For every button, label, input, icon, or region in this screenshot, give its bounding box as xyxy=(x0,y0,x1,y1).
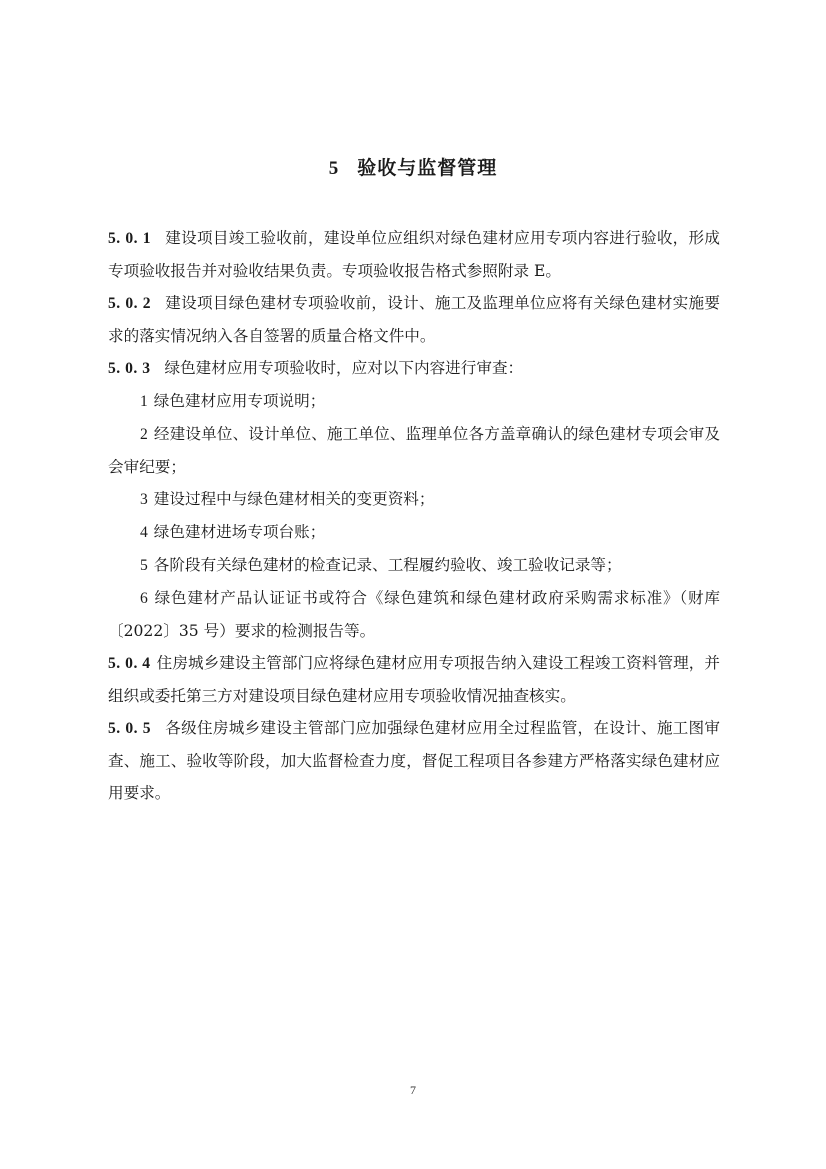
clause-number: 5. 0. 3 xyxy=(108,360,150,377)
item-number: 2 xyxy=(140,426,148,443)
clause-number: 5. 0. 1 xyxy=(108,230,151,247)
clause-5-0-3: 5. 0. 3绿色建材应用专项验收时，应对以下内容进行审查： xyxy=(108,352,720,385)
chapter-body: 5. 0. 1建设项目竣工验收前，建设单位应组织对绿色建材应用专项内容进行验收，… xyxy=(108,222,720,809)
item-text: 绿色建材应用专项说明； xyxy=(154,392,326,410)
item-text: 各阶段有关绿色建材的检查记录、工程履约验收、竣工验收记录等； xyxy=(154,556,622,574)
item-text: 经建设单位、设计单位、施工单位、监理单位各方盖章确认的绿色建材专项会审及会审纪要… xyxy=(108,425,720,476)
clause-5-0-2: 5. 0. 2建设项目绿色建材专项验收前，设计、施工及监理单位应将有关绿色建材实… xyxy=(108,287,720,352)
clause-text: 住房城乡建设主管部门应将绿色建材应用专项报告纳入建设工程竣工资料管理，并组织或委… xyxy=(108,654,720,705)
list-item: 2经建设单位、设计单位、施工单位、监理单位各方盖章确认的绿色建材专项会审及会审纪… xyxy=(108,418,720,483)
clause-5-0-4: 5. 0. 4住房城乡建设主管部门应将绿色建材应用专项报告纳入建设工程竣工资料管… xyxy=(108,647,720,712)
item-number: 1 xyxy=(140,393,148,410)
item-number: 6 xyxy=(140,590,148,607)
item-text: 绿色建材进场专项台账； xyxy=(154,523,326,541)
clause-text: 建设项目绿色建材专项验收前，设计、施工及监理单位应将有关绿色建材实施要求的落实情… xyxy=(108,294,720,345)
clause-5-0-5: 5. 0. 5各级住房城乡建设主管部门应加强绿色建材应用全过程监管，在设计、施工… xyxy=(108,712,720,809)
list-item: 1绿色建材应用专项说明； xyxy=(108,385,720,418)
clause-5-0-1: 5. 0. 1建设项目竣工验收前，建设单位应组织对绿色建材应用专项内容进行验收，… xyxy=(108,222,720,287)
clause-number: 5. 0. 5 xyxy=(108,720,151,737)
page-number: 7 xyxy=(0,1083,826,1098)
list-item: 3建设过程中与绿色建材相关的变更资料； xyxy=(108,483,720,516)
item-text: 建设过程中与绿色建材相关的变更资料； xyxy=(154,490,435,508)
item-number: 5 xyxy=(140,557,148,574)
item-number: 3 xyxy=(140,491,148,508)
clause-text: 绿色建材应用专项验收时，应对以下内容进行审查： xyxy=(164,359,523,377)
chapter-title: 验收与监督管理 xyxy=(357,157,497,179)
item-text: 绿色建材产品认证证书或符合《绿色建筑和绿色建材政府采购需求标准》（财库〔2022… xyxy=(108,589,720,640)
clause-number: 5. 0. 2 xyxy=(108,295,151,312)
clause-text: 建设项目竣工验收前，建设单位应组织对绿色建材应用专项内容进行验收，形成专项验收报… xyxy=(108,229,720,280)
list-item: 4绿色建材进场专项台账； xyxy=(108,516,720,549)
chapter-heading: 5验收与监督管理 xyxy=(0,153,826,180)
list-item: 5各阶段有关绿色建材的检查记录、工程履约验收、竣工验收记录等； xyxy=(108,549,720,582)
chapter-number: 5 xyxy=(329,158,340,179)
list-item: 6绿色建材产品认证证书或符合《绿色建筑和绿色建材政府采购需求标准》（财库〔202… xyxy=(108,582,720,647)
clause-text: 各级住房城乡建设主管部门应加强绿色建材应用全过程监管，在设计、施工图审查、施工、… xyxy=(108,719,720,802)
item-number: 4 xyxy=(140,524,148,541)
document-page: 5验收与监督管理 5. 0. 1建设项目竣工验收前，建设单位应组织对绿色建材应用… xyxy=(0,0,826,1169)
clause-number: 5. 0. 4 xyxy=(108,655,151,672)
